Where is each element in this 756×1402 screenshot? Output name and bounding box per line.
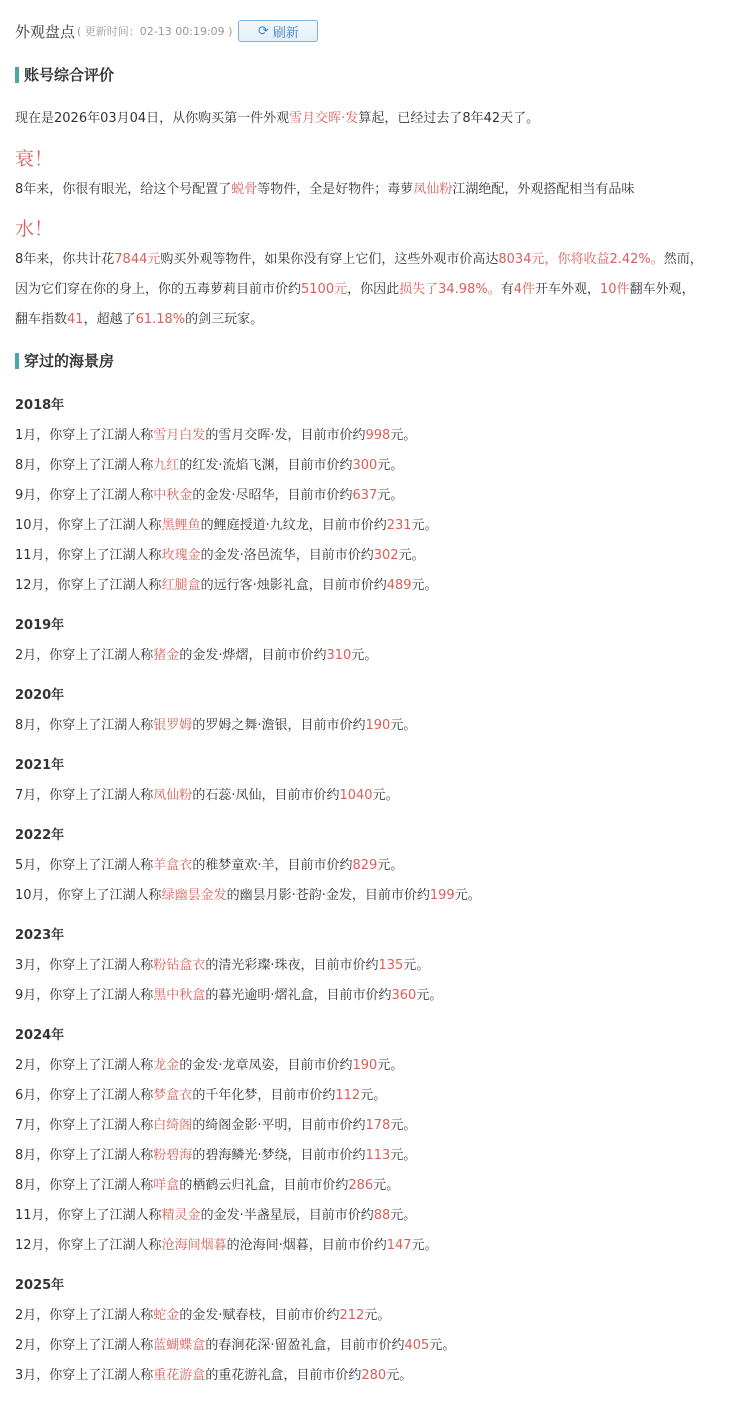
text: 元。 [399, 548, 425, 563]
text: ，目前市价约 [296, 548, 374, 563]
text: ，你穿上了江湖人称 [36, 1308, 153, 1323]
list-item: 12月，你穿上了江湖人称红腿盒的远行客·烛影礼盒，目前市价约489元。 [15, 574, 438, 593]
text: 然而， [664, 252, 703, 267]
text: 的 [227, 888, 240, 903]
text: 元。 [455, 888, 481, 903]
highlight-text: 5100元 [301, 282, 347, 297]
text: 元。 [390, 1148, 416, 1163]
list-item: 7月，你穿上了江湖人称白绮阁的绮阁金影·平明，目前市价约178元。 [15, 1114, 416, 1133]
highlight-text: 1040 [339, 788, 372, 803]
list-item: 2月，你穿上了江湖人称蓝蝴蝶盒的春涧花深·留盈礼盒，目前市价约405元。 [15, 1334, 455, 1353]
highlight-text: 135 [378, 958, 403, 973]
text: 8年来，你很有眼光，给这个号配置了 [15, 182, 231, 197]
text: ，你穿上了江湖人称 [36, 788, 153, 803]
list-item: 8月，你穿上了江湖人称九红的红发·流焰飞渊，目前市价约300元。 [15, 454, 403, 473]
text: 金发·赋春枝 [192, 1308, 261, 1323]
highlight-text: 4件 [514, 282, 535, 297]
text: ，目前市价约 [274, 488, 352, 503]
section-title: 穿过的海景房 [24, 350, 114, 371]
text: ，你穿上了江湖人称 [36, 958, 153, 973]
highlight-text: 178 [365, 1118, 390, 1133]
text: 清光彩璨·珠夜 [218, 958, 300, 973]
highlight-text: 羊盒衣 [153, 858, 192, 873]
year-heading: 2021年 [15, 754, 64, 773]
text: 开车外观， [535, 282, 600, 297]
highlight-text: 286 [348, 1178, 373, 1193]
text: 的 [179, 458, 192, 473]
text: ，目前市价约 [274, 1058, 352, 1073]
text: ，你穿上了江湖人称 [36, 1058, 153, 1073]
text: 翻车指数 [15, 312, 67, 327]
text: 2月 [15, 1058, 36, 1073]
list-item: 2月，你穿上了江湖人称龙金的金发·龙章凤姿，目前市价约190元。 [15, 1054, 403, 1073]
highlight-text: 637 [352, 488, 377, 503]
text: 元。 [429, 1338, 455, 1353]
text: 的 [192, 1148, 205, 1163]
text: 金发·烨熠 [192, 648, 248, 663]
highlight-text: 精灵金 [162, 1208, 201, 1223]
highlight-text: 10件 [600, 282, 630, 297]
list-item: 11月，你穿上了江湖人称玫瑰金的金发·洛邑流华，目前市价约302元。 [15, 544, 425, 563]
highlight-text: 沧海间烟暮 [162, 1238, 227, 1253]
list-item: 10月，你穿上了江湖人称绿幽昙金发的幽昙月影·苍韵·金发，目前市价约199元。 [15, 884, 481, 903]
text: ，目前市价约 [261, 1308, 339, 1323]
text: 的 [205, 428, 218, 443]
heading-accent-bar [15, 67, 19, 83]
text: 12月 [15, 1238, 45, 1253]
page-title: 外观盘点 [15, 21, 75, 42]
refresh-icon: ⟳ [258, 24, 269, 39]
text: 鲤庭授道·九纹龙 [214, 518, 309, 533]
highlight-text: 白绮阁 [153, 1118, 192, 1133]
text: ，目前市价约 [309, 578, 387, 593]
text: 3月 [15, 958, 36, 973]
text: 2月 [15, 1338, 36, 1353]
text: 石蕊·凤仙 [205, 788, 261, 803]
verdict-2: 水！ [15, 214, 53, 241]
text: 元。 [360, 1088, 386, 1103]
highlight-text: 489 [387, 578, 412, 593]
text: 的 [179, 1178, 192, 1193]
text: 碧海鳞光·梦绕 [205, 1148, 287, 1163]
text: ，你穿上了江湖人称 [45, 1208, 162, 1223]
text: 1月 [15, 428, 36, 443]
highlight-text: 蜕骨 [231, 182, 257, 197]
text: 5月 [15, 858, 36, 873]
text: ，你穿上了江湖人称 [36, 1178, 153, 1193]
text: 10月 [15, 888, 45, 903]
list-item: 7月，你穿上了江湖人称凤仙粉的石蕊·凤仙，目前市价约1040元。 [15, 784, 399, 803]
text: 千年化梦 [205, 1088, 257, 1103]
text: 的 [192, 1118, 205, 1133]
text: ，你穿上了江湖人称 [36, 1148, 153, 1163]
text: 元。 [351, 648, 377, 663]
year-heading: 2024年 [15, 1024, 64, 1043]
text: 8月 [15, 718, 36, 733]
text: ，你穿上了江湖人称 [36, 488, 153, 503]
highlight-text: 280 [361, 1368, 386, 1383]
highlight-text: 九红 [153, 458, 179, 473]
text: 购买外观等物件，如果你没有穿上它们，这些外观市价高达 [160, 252, 498, 267]
highlight-text: 红腿盒 [162, 578, 201, 593]
verdict-1-text: 8年来，你很有眼光，给这个号配置了蜕骨等物件，全是好物件；毒萝凤仙粉江湖绝配，外… [15, 178, 634, 197]
text: 的 [192, 858, 205, 873]
text: 的 [227, 1238, 240, 1253]
text: 的 [192, 788, 205, 803]
text: 金发·龙章凤姿 [192, 1058, 274, 1073]
list-item: 9月，你穿上了江湖人称黑中秋盒的暮光逾明·熠礼盒，目前市价约360元。 [15, 984, 442, 1003]
text: ，目前市价约 [300, 958, 378, 973]
highlight-text: 银罗姆 [153, 718, 192, 733]
text: 幽昙月影·苍韵·金发 [240, 888, 352, 903]
text: ，你穿上了江湖人称 [45, 518, 162, 533]
highlight-text: 190 [365, 718, 390, 733]
text: ，目前市价约 [283, 1368, 361, 1383]
text: ，你穿上了江湖人称 [45, 1238, 162, 1253]
text: 元。 [416, 988, 442, 1003]
text: 沧海间·烟暮 [240, 1238, 309, 1253]
highlight-text: 41 [67, 312, 84, 327]
text: 金发·半盏星辰 [214, 1208, 296, 1223]
text: 的 [179, 1058, 192, 1073]
text: 春涧花深·留盈礼盒 [218, 1338, 326, 1353]
text: 因为它们穿在你的身上，你的五毒萝莉目前市价约 [15, 282, 301, 297]
text: 2月 [15, 648, 36, 663]
highlight-text: 405 [404, 1338, 429, 1353]
highlight-text: 凤仙粉 [153, 788, 192, 803]
highlight-text: 231 [387, 518, 412, 533]
highlight-text: 玫瑰金 [162, 548, 201, 563]
verdict-2-line-1: 8年来，你共计花7844元购买外观等物件，如果你没有穿上它们，这些外观市价高达8… [15, 248, 703, 267]
list-item: 10月，你穿上了江湖人称黑鲤鱼的鲤庭授道·九纹龙，目前市价约231元。 [15, 514, 438, 533]
text: 9月 [15, 488, 36, 503]
list-item: 8月，你穿上了江湖人称银罗姆的罗姆之舞·澹银，目前市价约190元。 [15, 714, 416, 733]
text: 元。 [390, 1208, 416, 1223]
text: 的 [205, 988, 218, 1003]
text: 元。 [390, 428, 416, 443]
text: ，目前市价约 [309, 1238, 387, 1253]
highlight-text: 损失了34.98%。 [399, 282, 501, 297]
text: 红发·流焰飞渊 [192, 458, 274, 473]
year-heading: 2022年 [15, 824, 64, 843]
text: 的 [201, 578, 214, 593]
highlight-text: 310 [326, 648, 351, 663]
text: ，你穿上了江湖人称 [36, 428, 153, 443]
text: 元。 [386, 1368, 412, 1383]
list-item: 2月，你穿上了江湖人称猪金的金发·烨熠，目前市价约310元。 [15, 644, 377, 663]
text: 元。 [390, 718, 416, 733]
header: 外观盘点 ( 更新时间：02-13 00:19:09 ) ⟳ 刷新 [15, 19, 318, 43]
text: 6月 [15, 1088, 36, 1103]
text: 10月 [15, 518, 45, 533]
text: 8年来，你共计花 [15, 252, 114, 267]
text: ，你穿上了江湖人称 [36, 1368, 153, 1383]
text: 8月 [15, 1178, 36, 1193]
text: 2月 [15, 1308, 36, 1323]
text: ，目前市价约 [261, 788, 339, 803]
list-item: 3月，你穿上了江湖人称粉钻盒衣的清光彩璨·珠夜，目前市价约135元。 [15, 954, 429, 973]
text: 3月 [15, 1368, 36, 1383]
highlight-text: 蓝蝴蝶盒 [153, 1338, 205, 1353]
text: 有 [501, 282, 514, 297]
text: ，你穿上了江湖人称 [36, 1118, 153, 1133]
year-heading: 2020年 [15, 684, 64, 703]
highlight-text: 360 [391, 988, 416, 1003]
text: ，你穿上了江湖人称 [45, 578, 162, 593]
list-item: 9月，你穿上了江湖人称中秋金的金发·尽昭华，目前市价约637元。 [15, 484, 403, 503]
section-title: 账号综合评价 [24, 64, 114, 85]
text: ，目前市价约 [257, 1088, 335, 1103]
text: 算起，已经过去了8年42天了。 [358, 111, 539, 126]
text: 11月 [15, 1208, 45, 1223]
highlight-text: 凤仙粉 [413, 182, 452, 197]
highlight-text: 咩盒 [153, 1178, 179, 1193]
text: ，你穿上了江湖人称 [36, 1338, 153, 1353]
list-item: 1月，你穿上了江湖人称雪月白发的雪月交晖·发，目前市价约998元。 [15, 424, 416, 443]
highlight-text: 829 [352, 858, 377, 873]
text: 元。 [377, 488, 403, 503]
intro-line: 现在是2026年03月04日，从你购买第一件外观雪月交晖·发算起，已经过去了8年… [15, 107, 539, 126]
highlight-text: 黑鲤鱼 [162, 518, 201, 533]
highlight-text: 212 [339, 1308, 364, 1323]
text: ，目前市价约 [287, 718, 365, 733]
text: ，超越了 [84, 312, 136, 327]
text: 的 [201, 548, 214, 563]
text: 栖鹤云归礼盒 [192, 1178, 270, 1193]
text: ，目前市价约 [274, 858, 352, 873]
verdict-2-line-2: 因为它们穿在你的身上，你的五毒萝莉目前市价约5100元，你因此损失了34.98%… [15, 278, 695, 297]
text: 元。 [373, 1178, 399, 1193]
text: 的 [201, 518, 214, 533]
highlight-text: 绿幽昙金发 [162, 888, 227, 903]
text: 雪月交晖·发 [218, 428, 287, 443]
text: 元。 [377, 458, 403, 473]
text: 的 [205, 958, 218, 973]
list-item: 3月，你穿上了江湖人称重花游盒的重花游礼盒，目前市价约280元。 [15, 1364, 412, 1383]
text: 重花游礼盒 [218, 1368, 283, 1383]
text: ，你穿上了江湖人称 [36, 858, 153, 873]
text: 11月 [15, 548, 45, 563]
highlight-text: 113 [365, 1148, 390, 1163]
text: ，你穿上了江湖人称 [36, 718, 153, 733]
text: 7月 [15, 1118, 36, 1133]
text: ，目前市价约 [326, 1338, 404, 1353]
text: 金发·洛邑流华 [214, 548, 296, 563]
refresh-button[interactable]: ⟳ 刷新 [238, 20, 318, 42]
section-heading-evaluation: 账号综合评价 [15, 64, 114, 85]
text: 元。 [403, 958, 429, 973]
text: 元。 [412, 1238, 438, 1253]
highlight-text: 7844元 [114, 252, 160, 267]
highlight-text: 黑中秋盒 [153, 988, 205, 1003]
text: ，目前市价约 [296, 1208, 374, 1223]
list-item: 2月，你穿上了江湖人称蛇金的金发·赋春枝，目前市价约212元。 [15, 1304, 390, 1323]
highlight-text: 蛇金 [153, 1308, 179, 1323]
text: 元。 [373, 788, 399, 803]
text: ，目前市价约 [287, 428, 365, 443]
text: 元。 [412, 518, 438, 533]
text: 的 [192, 488, 205, 503]
text: ，目前市价约 [274, 458, 352, 473]
highlight-text: 199 [430, 888, 455, 903]
year-heading: 2023年 [15, 924, 64, 943]
text: 翻车外观， [630, 282, 695, 297]
year-heading: 2025年 [15, 1274, 64, 1293]
refresh-label: 刷新 [273, 22, 299, 41]
highlight-text: 猪金 [153, 648, 179, 663]
text: ，目前市价约 [313, 988, 391, 1003]
text: 12月 [15, 578, 45, 593]
list-item: 12月，你穿上了江湖人称沧海间烟暮的沧海间·烟暮，目前市价约147元。 [15, 1234, 438, 1253]
text: 的 [205, 1338, 218, 1353]
text: 的 [192, 1088, 205, 1103]
list-item: 6月，你穿上了江湖人称梦盒衣的千年化梦，目前市价约112元。 [15, 1084, 386, 1103]
text: 罗姆之舞·澹银 [205, 718, 287, 733]
text: ，你穿上了江湖人称 [36, 988, 153, 1003]
highlight-text: 雪月白发 [153, 428, 205, 443]
text: ，你穿上了江湖人称 [36, 648, 153, 663]
text: 元。 [377, 1058, 403, 1073]
text: ，你因此 [347, 282, 399, 297]
year-heading: 2019年 [15, 614, 64, 633]
text: 8月 [15, 1148, 36, 1163]
text: 绮阁金影·平明 [205, 1118, 287, 1133]
highlight-text: 302 [374, 548, 399, 563]
highlight-text: 998 [365, 428, 390, 443]
list-item: 8月，你穿上了江湖人称粉碧海的碧海鳞光·梦绕，目前市价约113元。 [15, 1144, 416, 1163]
highlight-text: 112 [335, 1088, 360, 1103]
text: 等物件，全是好物件；毒萝 [257, 182, 413, 197]
highlight-text: 61.18% [136, 312, 186, 327]
text: 远行客·烛影礼盒 [214, 578, 309, 593]
heading-accent-bar [15, 353, 19, 369]
text: ，目前市价约 [287, 1148, 365, 1163]
text: ，目前市价约 [248, 648, 326, 663]
section-heading-history: 穿过的海景房 [15, 350, 114, 371]
highlight-text: 190 [352, 1058, 377, 1073]
list-item: 8月，你穿上了江湖人称咩盒的栖鹤云归礼盒，目前市价约286元。 [15, 1174, 399, 1193]
verdict-2-line-3: 翻车指数41，超越了61.18%的剑三玩家。 [15, 308, 263, 327]
highlight-text: 雪月交晖·发 [289, 111, 358, 126]
highlight-text: 147 [387, 1238, 412, 1253]
text: 的 [201, 1208, 214, 1223]
year-heading: 2018年 [15, 394, 64, 413]
update-time: ( 更新时间：02-13 00:19:09 ) [77, 23, 232, 39]
text: ，你穿上了江湖人称 [45, 888, 162, 903]
text: 现在是2026年03月04日，从你购买第一件外观 [15, 111, 289, 126]
text: 的 [192, 718, 205, 733]
highlight-text: 300 [352, 458, 377, 473]
text: 的 [205, 1368, 218, 1383]
text: ，目前市价约 [270, 1178, 348, 1193]
text: ，目前市价约 [287, 1118, 365, 1133]
text: 稚梦童欢·羊 [205, 858, 274, 873]
text: ，你穿上了江湖人称 [36, 458, 153, 473]
highlight-text: 8034元，你将收益2.42%。 [498, 252, 663, 267]
text: 的 [179, 648, 192, 663]
text: 7月 [15, 788, 36, 803]
text: 9月 [15, 988, 36, 1003]
text: ，你穿上了江湖人称 [36, 1088, 153, 1103]
text: 元。 [390, 1118, 416, 1133]
text: ，目前市价约 [309, 518, 387, 533]
highlight-text: 梦盒衣 [153, 1088, 192, 1103]
text: ，目前市价约 [352, 888, 430, 903]
text: 金发·尽昭华 [205, 488, 274, 503]
text: 江湖绝配，外观搭配相当有品味 [452, 182, 634, 197]
text: 暮光逾明·熠礼盒 [218, 988, 313, 1003]
highlight-text: 粉碧海 [153, 1148, 192, 1163]
text: 8月 [15, 458, 36, 473]
highlight-text: 中秋金 [153, 488, 192, 503]
text: 元。 [364, 1308, 390, 1323]
text: 元。 [377, 858, 403, 873]
highlight-text: 粉钻盒衣 [153, 958, 205, 973]
text: 元。 [412, 578, 438, 593]
verdict-1: 衰！ [15, 144, 53, 171]
highlight-text: 88 [374, 1208, 391, 1223]
text: 的剑三玩家。 [185, 312, 263, 327]
text: ，你穿上了江湖人称 [45, 548, 162, 563]
highlight-text: 龙金 [153, 1058, 179, 1073]
list-item: 5月，你穿上了江湖人称羊盒衣的稚梦童欢·羊，目前市价约829元。 [15, 854, 403, 873]
list-item: 11月，你穿上了江湖人称精灵金的金发·半盏星辰，目前市价约88元。 [15, 1204, 416, 1223]
text: 的 [179, 1308, 192, 1323]
highlight-text: 重花游盒 [153, 1368, 205, 1383]
